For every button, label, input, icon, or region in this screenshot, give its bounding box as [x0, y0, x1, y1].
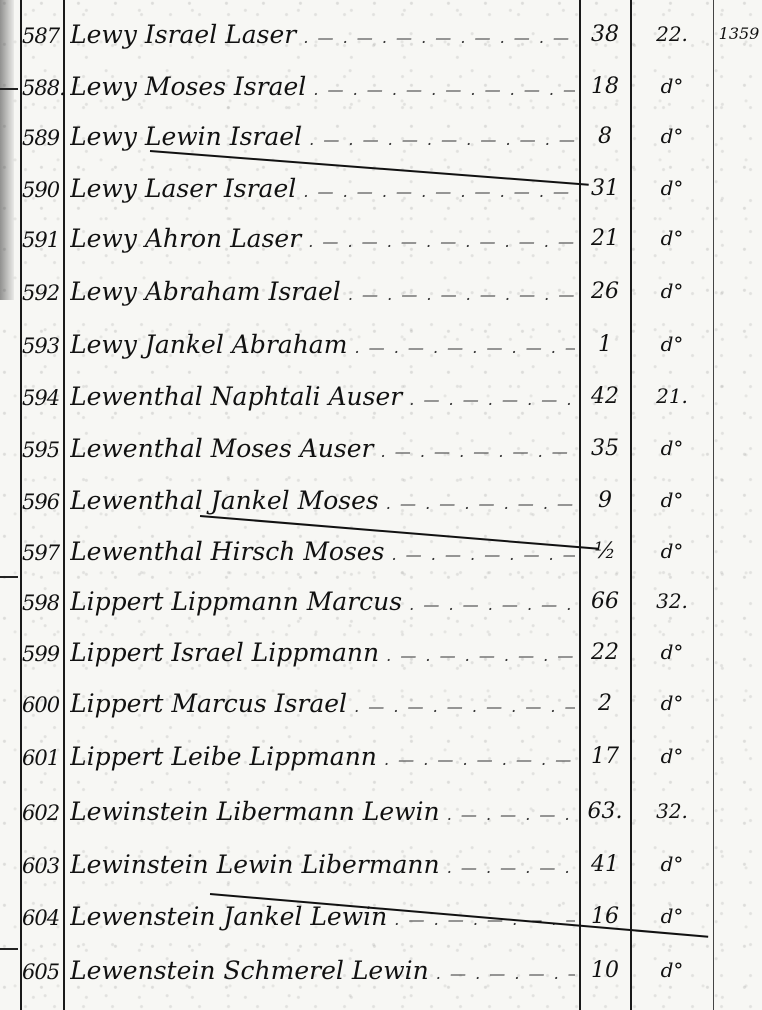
- entry-age: 41: [582, 852, 628, 877]
- entry-number: 600: [22, 693, 64, 717]
- entry-number: 601: [22, 746, 64, 770]
- register-row: 590 Lewy Laser Israel 31 d°: [0, 172, 762, 212]
- entry-name: Lewy Lewin Israel: [70, 122, 575, 151]
- entry-ref: d°: [634, 640, 710, 664]
- entry-ref: 32.: [634, 799, 710, 823]
- register-row: 596 Lewenthal Jankel Moses 9 d°: [0, 484, 762, 524]
- register-row: 593 Lewy Jankel Abraham 1 d°: [0, 328, 762, 368]
- register-row: 598 Lippert Lippmann Marcus 66 32.: [0, 585, 762, 625]
- entry-number: 598: [22, 591, 64, 615]
- margin-mark: [0, 576, 18, 578]
- register-row: 600 Lippert Marcus Israel 2 d°: [0, 687, 762, 727]
- entry-name: Lippert Leibe Lippmann: [70, 742, 575, 771]
- entry-ref: d°: [634, 539, 710, 563]
- entry-name: Lewenstein Jankel Lewin: [70, 902, 575, 931]
- register-row: 605 Lewenstein Schmerel Lewin 10 d°: [0, 954, 762, 994]
- entry-name: Lewinstein Lewin Libermann: [70, 850, 575, 879]
- entry-age: 31: [582, 176, 628, 201]
- entry-age: 21: [582, 226, 628, 251]
- entry-number: 605: [22, 960, 64, 984]
- entry-number: 599: [22, 642, 64, 666]
- entry-name: Lewenstein Schmerel Lewin: [70, 956, 575, 985]
- register-row: 592 Lewy Abraham Israel 26 d°: [0, 275, 762, 315]
- register-row: 594 Lewenthal Naphtali Auser 42 21.: [0, 380, 762, 420]
- entry-ref: 21.: [634, 384, 710, 408]
- entry-age: 1: [582, 332, 628, 357]
- entry-ref: d°: [634, 124, 710, 148]
- register-row: 588. Lewy Moses Israel 18 d°: [0, 70, 762, 110]
- entry-name: Lewenthal Moses Auser: [70, 434, 575, 463]
- register-row: 597 Lewenthal Hirsch Moses ½ d°: [0, 535, 762, 575]
- register-row: 587 Lewy Israel Laser 38 22. 1359: [0, 18, 762, 58]
- entry-number: 594: [22, 386, 64, 410]
- margin-mark: [0, 948, 18, 950]
- register-page: 587 Lewy Israel Laser 38 22. 1359 588. L…: [0, 0, 762, 1010]
- register-row: 601 Lippert Leibe Lippmann 17 d°: [0, 740, 762, 780]
- entry-ref: d°: [634, 176, 710, 200]
- entry-ref: d°: [634, 852, 710, 876]
- register-row: 589 Lewy Lewin Israel 8 d°: [0, 120, 762, 160]
- entry-age: 66: [582, 589, 628, 614]
- entry-age: 9: [582, 488, 628, 513]
- register-row: 603 Lewinstein Lewin Libermann 41 d°: [0, 848, 762, 888]
- entry-number: 590: [22, 178, 64, 202]
- register-row: 591 Lewy Ahron Laser 21 d°: [0, 222, 762, 262]
- entry-number: 591: [22, 228, 64, 252]
- entry-ref: d°: [634, 436, 710, 460]
- entry-name: Lewy Abraham Israel: [70, 277, 575, 306]
- entry-age: 38: [582, 22, 628, 47]
- entry-number: 604: [22, 906, 64, 930]
- entry-age: 10: [582, 958, 628, 983]
- entry-ref: d°: [634, 226, 710, 250]
- entry-name: Lippert Israel Lippmann: [70, 638, 575, 667]
- entry-age: 35: [582, 436, 628, 461]
- entry-ref: d°: [634, 744, 710, 768]
- entry-ref: d°: [634, 74, 710, 98]
- entry-name: Lewenthal Naphtali Auser: [70, 382, 575, 411]
- entry-number: 595: [22, 438, 64, 462]
- entry-number: 588.: [22, 76, 64, 100]
- entry-number: 592: [22, 281, 64, 305]
- register-row: 599 Lippert Israel Lippmann 22 d°: [0, 636, 762, 676]
- entry-note: 1359: [716, 24, 762, 43]
- entry-ref: 32.: [634, 589, 710, 613]
- register-row: 604 Lewenstein Jankel Lewin 16 d°: [0, 900, 762, 940]
- entry-number: 597: [22, 541, 64, 565]
- entry-ref: d°: [634, 279, 710, 303]
- entry-name: Lewenthal Jankel Moses: [70, 486, 575, 515]
- entry-name: Lewinstein Libermann Lewin: [70, 797, 575, 826]
- entry-name: Lewy Israel Laser: [70, 20, 575, 49]
- entry-age: 2: [582, 691, 628, 716]
- entry-age: 18: [582, 74, 628, 99]
- entry-age: 8: [582, 124, 628, 149]
- entry-ref: d°: [634, 691, 710, 715]
- entry-age: 22: [582, 640, 628, 665]
- entry-ref: 22.: [634, 22, 710, 46]
- entry-age: 42: [582, 384, 628, 409]
- entry-age: 63.: [582, 799, 628, 824]
- register-row: 602 Lewinstein Libermann Lewin 63. 32.: [0, 795, 762, 835]
- entry-age: 17: [582, 744, 628, 769]
- register-row: 595 Lewenthal Moses Auser 35 d°: [0, 432, 762, 472]
- entry-ref: d°: [634, 904, 710, 928]
- entry-age: ½: [582, 539, 628, 564]
- entry-name: Lippert Marcus Israel: [70, 689, 575, 718]
- entry-number: 593: [22, 334, 64, 358]
- entry-number: 603: [22, 854, 64, 878]
- entry-ref: d°: [634, 332, 710, 356]
- entry-number: 596: [22, 490, 64, 514]
- entry-number: 589: [22, 126, 64, 150]
- entry-name: Lewy Ahron Laser: [70, 224, 575, 253]
- entry-age: 26: [582, 279, 628, 304]
- entry-ref: d°: [634, 958, 710, 982]
- entry-name: Lewy Moses Israel: [70, 72, 575, 101]
- entry-ref: d°: [634, 488, 710, 512]
- entry-number: 602: [22, 801, 64, 825]
- entry-name: Lippert Lippmann Marcus: [70, 587, 575, 616]
- entry-name: Lewy Jankel Abraham: [70, 330, 575, 359]
- entry-number: 587: [22, 24, 64, 48]
